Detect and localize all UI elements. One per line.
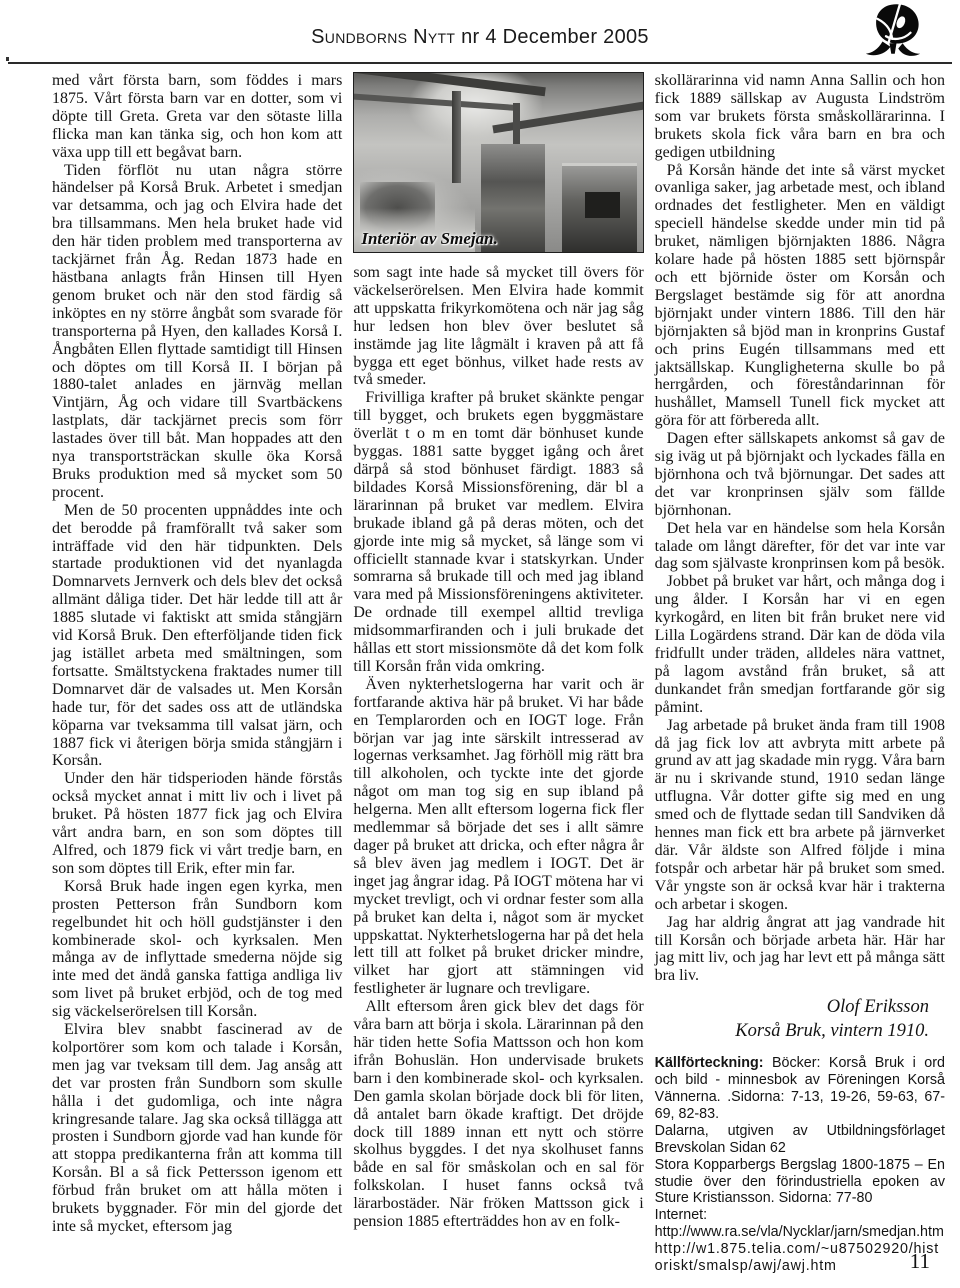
paragraph: skollärarinna vid namn Anna Sallin och h… — [655, 72, 945, 162]
margin-artifact — [6, 57, 9, 61]
source-item: Dalarna, utgiven av Utbildningsförlaget … — [655, 1123, 945, 1157]
header-divider — [8, 62, 952, 64]
paragraph: Jag arbetade på bruket ända fram till 19… — [655, 717, 945, 914]
paragraph: Korså Bruk hade ingen egen kyrka, men pr… — [52, 878, 342, 1021]
smithy-photo: Interiör av Smejan. — [353, 72, 643, 253]
paragraph: Även nykterhetslogerna har varit och är … — [353, 676, 643, 998]
paragraph: Dagen efter sällskapets ankomst så gav d… — [655, 430, 945, 520]
newsletter-issue: nr 4 December 2005 — [461, 26, 649, 48]
rose-logo-icon — [864, 3, 922, 59]
page-header: Sundborns Nytt nr 4 December 2005 — [0, 0, 960, 62]
paragraph: På Korsån hände det inte så värst mycket… — [655, 162, 945, 431]
column-3: skollärarinna vid namn Anna Sallin och h… — [655, 72, 945, 1288]
paragraph: Tiden förflöt nu utan några större hände… — [52, 162, 342, 502]
source-label: Källförteckning: — [655, 1055, 764, 1071]
newsletter-name: Sundborns Nytt — [311, 26, 455, 48]
source-url: http://www.ra.se/vla/Nycklar/jarn/smedja… — [655, 1224, 945, 1241]
paragraph: Men de 50 procenten uppnåddes inte och d… — [52, 502, 342, 771]
paragraph: Frivilliga krafter på bruket skänkte pen… — [353, 389, 643, 676]
paragraph: Allt eftersom åren gick blev det dags fö… — [353, 998, 643, 1231]
signature-place: Korså Bruk, vintern 1910. — [655, 1019, 929, 1043]
column-1: med vårt första barn, som föddes i mars … — [52, 72, 342, 1288]
source-list: Källförteckning: Böcker: Korså Bruk i or… — [655, 1055, 945, 1275]
source-item: Stora Kopparbergs Bergslag 1800-1875 – E… — [655, 1157, 945, 1208]
signature-block: Olof Eriksson Korså Bruk, vintern 1910. — [655, 995, 929, 1043]
paragraph: med vårt första barn, som föddes i mars … — [52, 72, 342, 162]
signature-name: Olof Eriksson — [655, 995, 929, 1019]
photo-shape — [353, 93, 515, 111]
source-item: Källförteckning: Böcker: Korså Bruk i or… — [655, 1055, 945, 1123]
paragraph: Jag har aldrig ångrat att jag vandrade h… — [655, 914, 945, 986]
page-title: Sundborns Nytt nr 4 December 2005 — [0, 26, 960, 49]
paragraph: som sagt inte hade så mycket till övers … — [353, 264, 643, 389]
source-item: Internet: — [655, 1207, 945, 1224]
photo-caption: Interiör av Smejan. — [361, 229, 498, 249]
newsletter-page: Sundborns Nytt nr 4 December 2005 med vå… — [0, 0, 960, 1288]
article-body: med vårt första barn, som föddes i mars … — [52, 72, 945, 1288]
photo-shape — [585, 192, 620, 218]
source-url: http://w1.875.telia.com/~u87502920/histo… — [655, 1241, 945, 1275]
paragraph: Elvira blev snabbt fascinerad av de kolp… — [52, 1021, 342, 1236]
paragraph: Det hela var en händelse som hela Korsån… — [655, 520, 945, 574]
paragraph: Jobbet på bruket var hårt, och många dog… — [655, 573, 945, 716]
paragraph: Under den här tidsperioden hände förstås… — [52, 770, 342, 877]
column-2: Interiör av Smejan. som sagt inte hade s… — [353, 72, 643, 1288]
photo-shape — [452, 91, 461, 183]
page-number: 11 — [910, 1249, 930, 1274]
photo-shape — [353, 72, 546, 96]
